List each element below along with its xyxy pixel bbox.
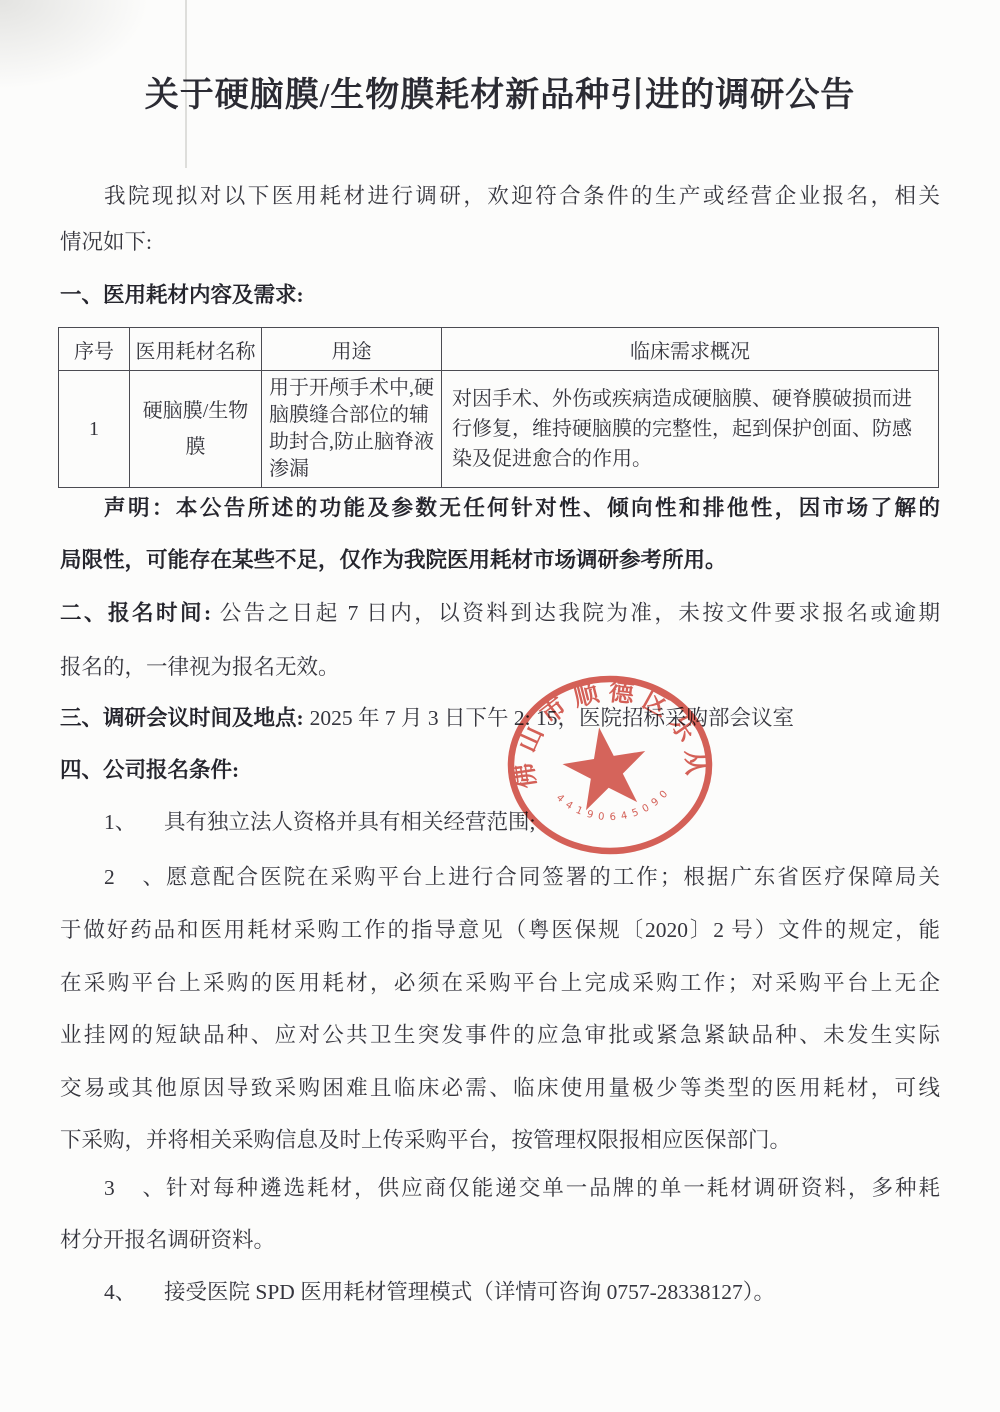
condition-item-1: 1、具有独立法人资格并具有相关经营范围; <box>60 807 535 837</box>
table-header-name: 医用耗材名称 <box>130 328 262 371</box>
condition-item-3-line-2: 材分开报名调研资料。 <box>60 1225 275 1255</box>
table-header-no: 序号 <box>59 328 130 371</box>
item3-text-1: 针对每种遴选耗材，供应商仅能递交单一品牌的单一耗材调研资料，多种耗 <box>164 1176 940 1200</box>
intro-line-2: 情况如下: <box>60 227 152 257</box>
section3-label: 三、调研会议时间及地点: <box>60 706 304 730</box>
cell-use: 用于开颅手术中,硬脑膜缝合部位的辅助封合,防止脑脊液渗漏 <box>262 371 442 488</box>
item1-number: 1、 <box>104 807 164 837</box>
condition-item-2-line-2: 于做好药品和医用耗材采购工作的指导意见（粤医保规〔2020〕2 号）文件的规定，… <box>60 915 940 945</box>
table-header-row: 序号 医用耗材名称 用途 临床需求概况 <box>59 328 939 371</box>
item4-number: 4、 <box>104 1277 164 1307</box>
item3-number: 3、 <box>104 1173 164 1203</box>
section2-text: 公告之日起 7 日内，以资料到达我院为准，未按文件要求报名或逾期 <box>217 601 940 625</box>
condition-item-2-line-1: 2、愿意配合医院在采购平台上进行合同签署的工作；根据广东省医疗保障局关 <box>60 862 940 892</box>
table-row: 1 硬脑膜/生物膜 用于开颅手术中,硬脑膜缝合部位的辅助封合,防止脑脊液渗漏 对… <box>59 371 939 488</box>
condition-item-2-line-3: 在采购平台上采购的医用耗材，必须在采购平台上完成采购工作；对采购平台上无企 <box>60 968 940 998</box>
condition-item-4: 4、接受医院 SPD 医用耗材管理模式（详情可咨询 0757-28338127）… <box>60 1277 775 1307</box>
table-header-use: 用途 <box>262 328 442 371</box>
condition-item-3-line-1: 3、针对每种遴选耗材，供应商仅能递交单一品牌的单一耗材调研资料，多种耗 <box>60 1173 940 1203</box>
official-seal: 佛山市顺德区乐从医院 4419064509031 <box>500 672 720 864</box>
consumables-table: 序号 医用耗材名称 用途 临床需求概况 1 硬脑膜/生物膜 用于开颅手术中,硬脑… <box>58 327 939 488</box>
scanned-document-page: 关于硬脑膜/生物膜耗材新品种引进的调研公告 我院现拟对以下医用耗材进行调研，欢迎… <box>0 0 1000 1412</box>
section2-line-1: 二、报名时间:公告之日起 7 日内，以资料到达我院为准，未按文件要求报名或逾期 <box>60 598 940 628</box>
item2-number: 2、 <box>104 862 164 892</box>
item2-text-1: 愿意配合医院在采购平台上进行合同签署的工作；根据广东省医疗保障局关 <box>164 865 940 889</box>
item4-text: 接受医院 SPD 医用耗材管理模式（详情可咨询 0757-28338127）。 <box>164 1280 775 1304</box>
table-header-clinical: 临床需求概况 <box>442 328 939 371</box>
declaration-line-1: 声明：本公告所述的功能及参数无任何针对性、倾向性和排他性，因市场了解的 <box>60 493 940 523</box>
declaration-line-2: 局限性，可能存在某些不足，仅作为我院医用耗材市场调研参考所用。 <box>60 545 727 575</box>
condition-item-2-line-4: 业挂网的短缺品种、应对公共卫生突发事件的应急审批或紧急紧缺品种、未发生实际 <box>60 1020 940 1050</box>
section1-heading: 一、医用耗材内容及需求: <box>60 280 304 310</box>
section2-label: 二、报名时间: <box>60 601 211 625</box>
document-title: 关于硬脑膜/生物膜耗材新品种引进的调研公告 <box>0 67 1000 116</box>
item1-text: 具有独立法人资格并具有相关经营范围; <box>164 810 535 834</box>
star-icon <box>558 721 653 813</box>
section4-heading: 四、公司报名条件: <box>60 755 239 785</box>
cell-clinical: 对因手术、外伤或疾病造成硬脑膜、硬脊膜破损而进行修复，维持硬脑膜的完整性，起到保… <box>442 371 939 488</box>
section2-line-2: 报名的，一律视为报名无效。 <box>60 652 340 682</box>
cell-no: 1 <box>59 371 130 488</box>
condition-item-2-line-5: 交易或其他原因导致采购困难且临床必需、临床使用量极少等类型的医用耗材，可线 <box>60 1073 940 1103</box>
condition-item-2-line-6: 下采购，并将相关采购信息及时上传采购平台，按管理权限报相应医保部门。 <box>60 1125 791 1155</box>
intro-line-1: 我院现拟对以下医用耗材进行调研，欢迎符合条件的生产或经营企业报名，相关 <box>60 181 940 211</box>
cell-name: 硬脑膜/生物膜 <box>130 371 262 488</box>
